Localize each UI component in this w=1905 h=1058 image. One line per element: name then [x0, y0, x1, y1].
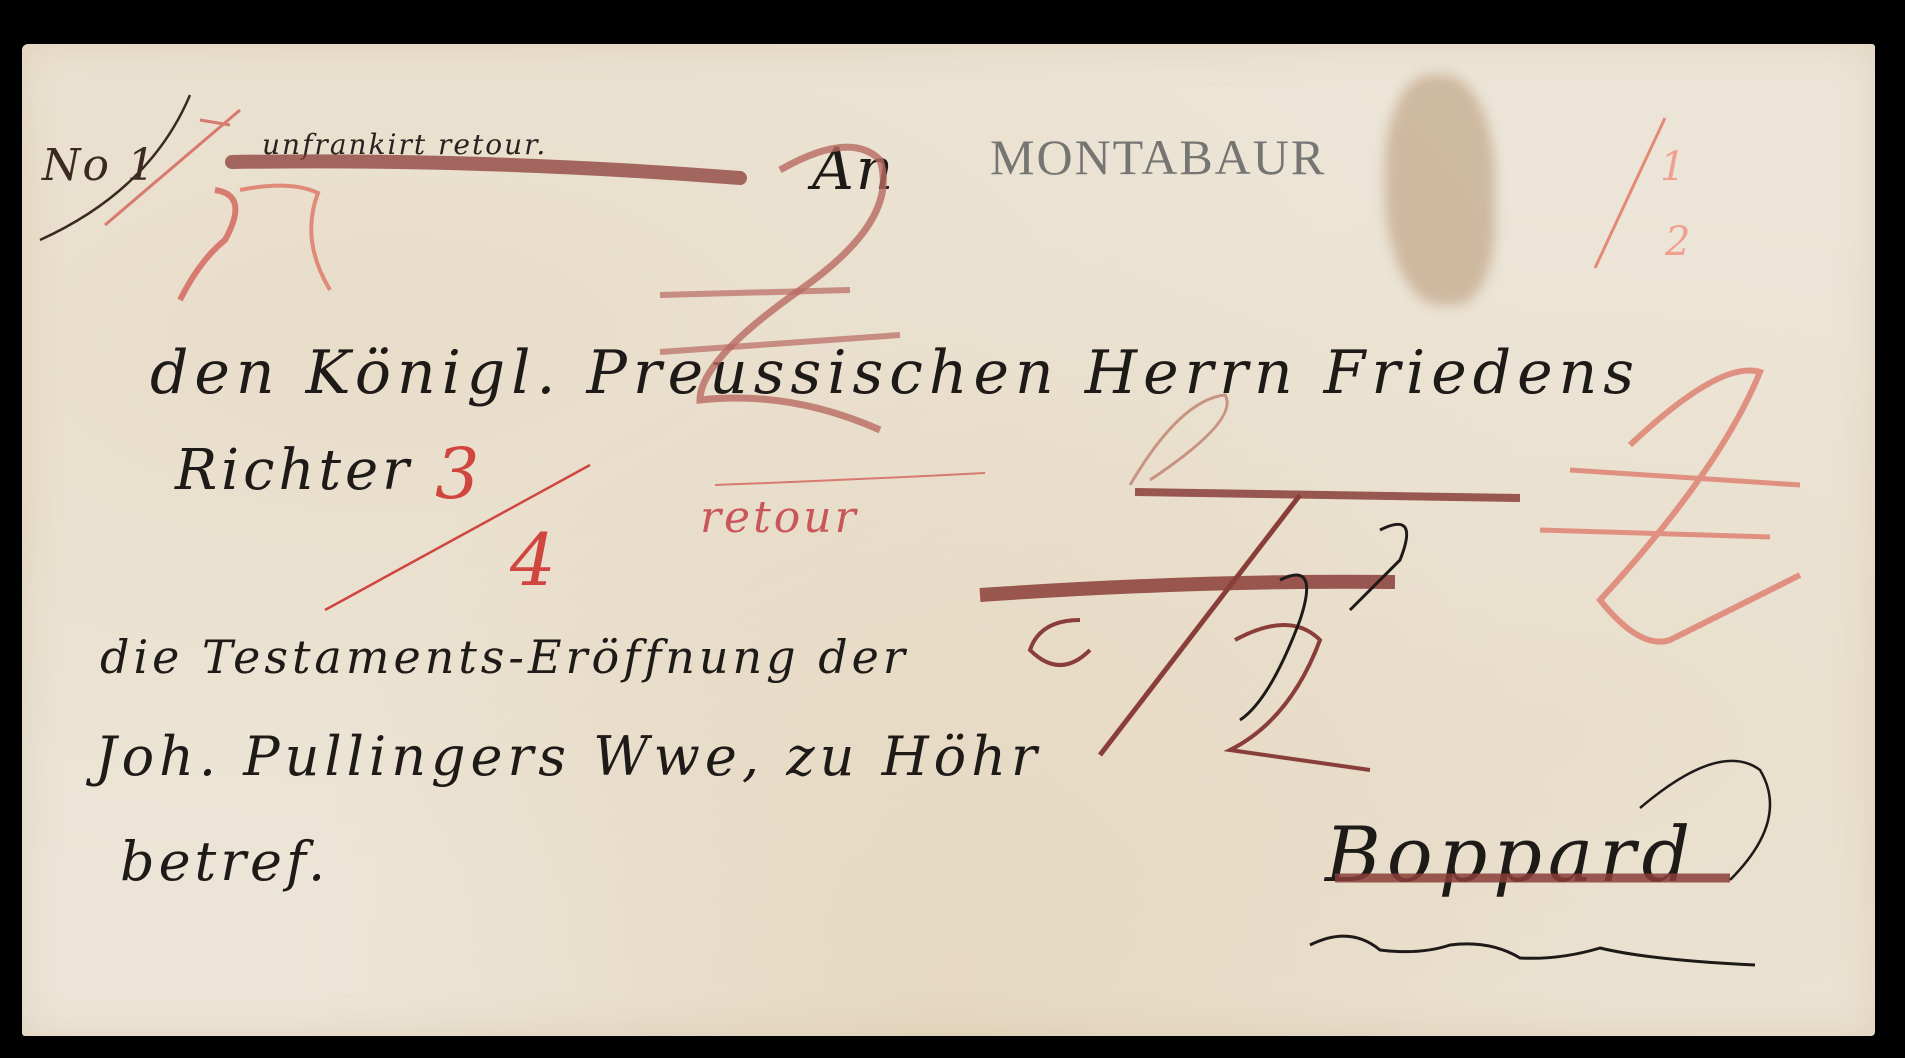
svg-text:3: 3 — [435, 433, 480, 515]
svg-text:4: 4 — [509, 518, 556, 602]
svg-text:2: 2 — [1664, 219, 1690, 265]
ink-strokes: 3 4 1 2 — [0, 0, 1905, 1058]
svg-text:1: 1 — [1660, 144, 1685, 190]
